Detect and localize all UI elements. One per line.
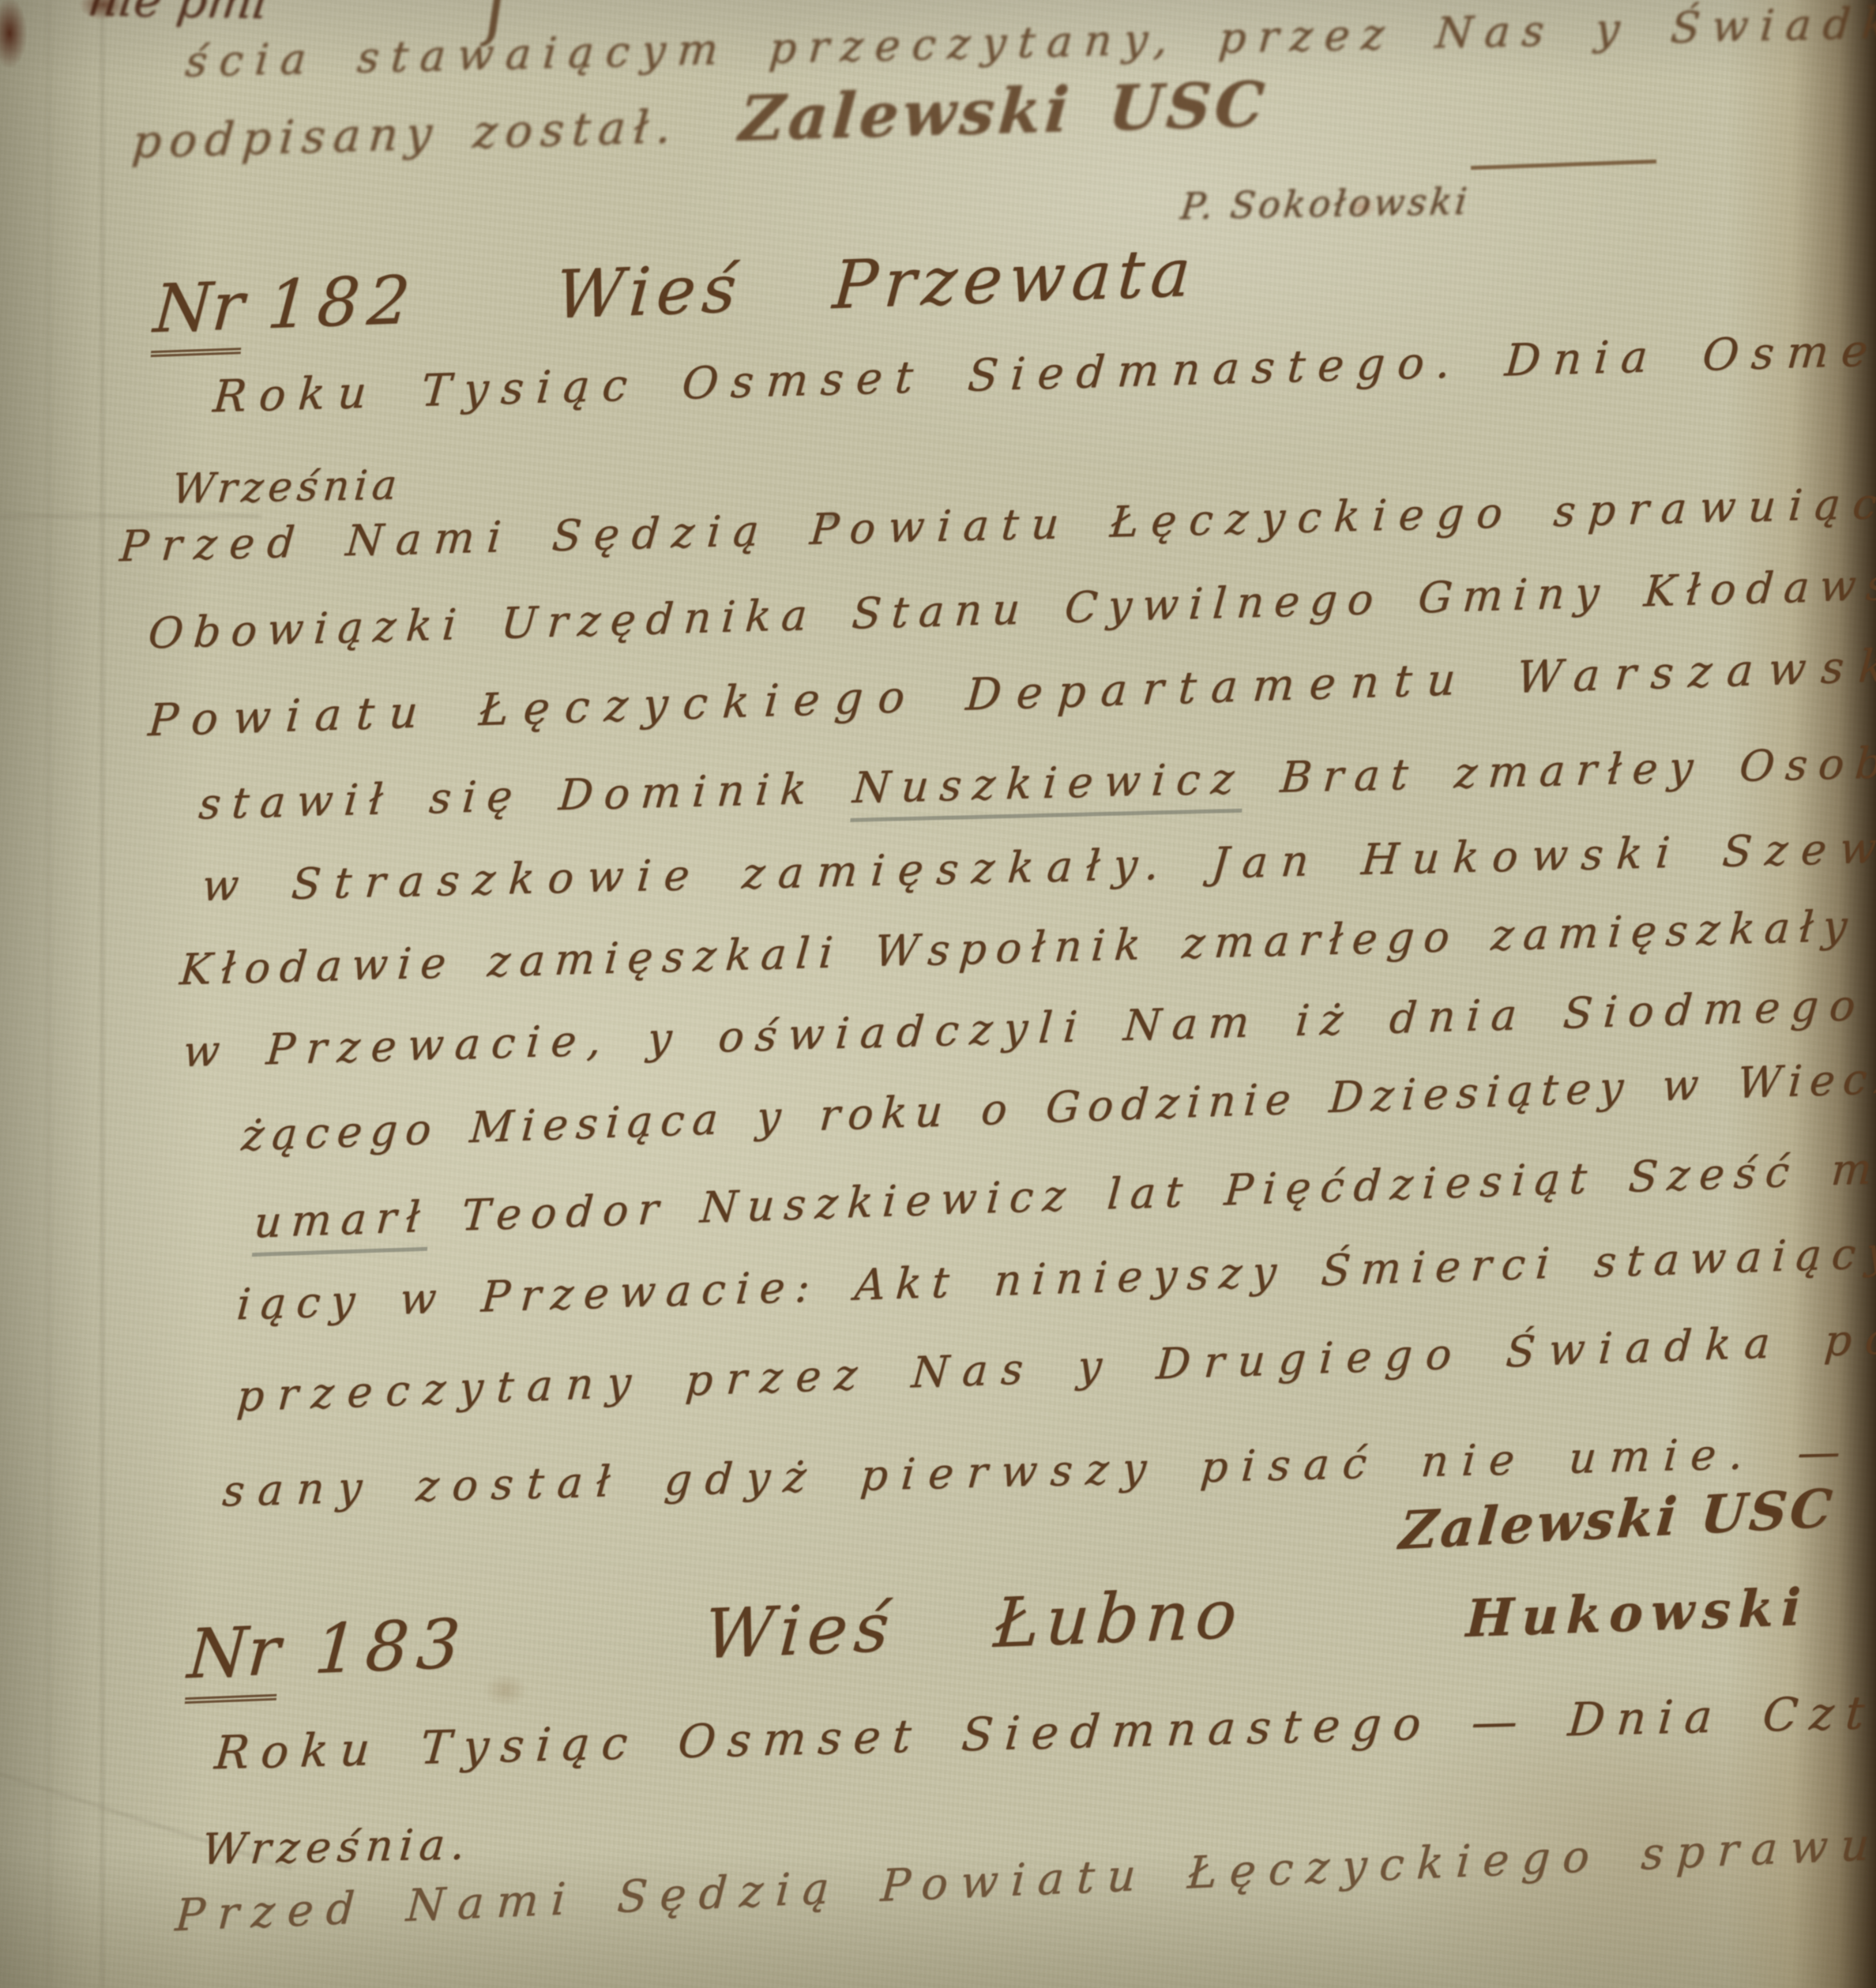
cutoff-text: nie pmi: [85, 0, 271, 30]
act-heading: Nr183Wieś Łubno: [186, 1577, 1246, 1693]
act-number-label: Nr: [185, 1611, 283, 1704]
act-number: 183: [312, 1604, 471, 1689]
manuscript-line: Roku Tysiąc Osmset Siedmnastego. Dnia Os…: [212, 324, 1876, 422]
manuscript-line: przeczytany przez Nas y Drugiego Świadka…: [235, 1310, 1876, 1419]
registrar-signature: Zalewski USC: [1397, 1479, 1837, 1560]
registrar-signature: Zalewski USC: [737, 69, 1271, 156]
signature-text: P. Sokołowski: [1179, 180, 1472, 227]
line-text: stawił się Dominik: [197, 763, 855, 829]
underlined-word: umarł: [252, 1192, 431, 1257]
act-number: 182: [265, 261, 420, 344]
manuscript-line: iący w Przewacie: Akt ninieyszy Śmierci …: [235, 1227, 1876, 1328]
line-text: Brat zmarłey Osoby: [1243, 736, 1876, 802]
scanned-manuscript-page: nie pmi f ścia stawaiącym przeczytany, p…: [0, 0, 1876, 1988]
line-text: Kłodawie zamięszkali Wspołnik zmarłego z…: [179, 900, 1859, 994]
horizontal-fold: [0, 515, 261, 517]
signature-text: Zalewski USC: [1397, 1477, 1838, 1561]
line-text: Obowiązki Urzędnika Stanu Cywilnego Gmin…: [147, 555, 1876, 658]
manuscript-line: stawił się Dominik Nuszkiewicz Brat zmar…: [197, 738, 1876, 827]
manuscript-line: Obowiązki Urzędnika Stanu Cywilnego Gmin…: [147, 557, 1876, 656]
line-text: przeczytany przez Nas y Drugiego Świadka…: [235, 1308, 1876, 1421]
witness-signature: P. Sokołowski: [1179, 182, 1472, 227]
vertical-crease: [101, 0, 103, 1988]
line-text: Powiatu Łęczyckiego Departamentu Warszaw…: [147, 635, 1876, 746]
manuscript-line: Roku Tysiąc Osmset Siedmnastego — Dnia C…: [212, 1679, 1876, 1779]
underlined-surname: Nuszkiewicz: [850, 753, 1246, 822]
line-text: Września: [170, 462, 403, 513]
manuscript-line: w Przewacie, y oświadczyli Nam iż dnia S…: [182, 977, 1876, 1076]
manuscript-line: w Straszkowie zamięszkały. Jan Hukowski …: [201, 821, 1876, 910]
act-number-label: Nr: [151, 267, 246, 357]
line-text: podpisany został.: [130, 98, 715, 168]
line-text: w Przewacie, y oświadczyli Nam iż dnia S…: [182, 975, 1876, 1077]
manuscript-line: umarł Teodor Nuszkiewicz lat Pięćdziesią…: [253, 1143, 1876, 1246]
manuscript-line: Września: [170, 464, 403, 513]
signature-text: Hukowski: [1465, 1578, 1810, 1649]
act-heading: Nr182Wieś Przewata: [152, 236, 1199, 346]
manuscript-line: Powiatu Łęczyckiego Departamentu Warszaw…: [147, 637, 1876, 746]
line-text: iący w Przewacie: Akt ninieyszy Śmierci …: [235, 1226, 1876, 1329]
manuscript-line: podpisany został. Zalewski USC: [130, 71, 1271, 171]
line-text: ścia stawaiącym przeczytany, przez Nas y…: [183, 0, 1876, 86]
line-text: w Straszkowie zamięszkały. Jan Hukowski …: [200, 820, 1876, 911]
manuscript-line-cutoff: nie pmi: [85, 0, 271, 28]
line-text: Roku Tysiąc Osmset Siedmnastego — Dnia C…: [212, 1677, 1876, 1779]
manuscript-line: ścia stawaiącym przeczytany, przez Nas y…: [184, 0, 1876, 85]
vertical-crease-faint: [47, 0, 50, 1988]
manuscript-line: Kłodawie zamięszkali Wspołnik zmarłego z…: [179, 902, 1859, 993]
line-text: Roku Tysiąc Osmset Siedmnastego. Dnia Os…: [212, 322, 1876, 423]
manuscript-line: Września.: [201, 1821, 473, 1873]
village-name: Wieś Łubno: [702, 1575, 1246, 1675]
line-text: Września.: [200, 1819, 473, 1874]
witness-signature: Hukowski: [1465, 1580, 1810, 1648]
line-text: Teodor Nuszkiewicz lat Pięćdziesiąt Sześ…: [427, 1141, 1876, 1242]
pen-flourish: [1471, 160, 1656, 170]
village-name: Wieś Przewata: [553, 234, 1199, 334]
